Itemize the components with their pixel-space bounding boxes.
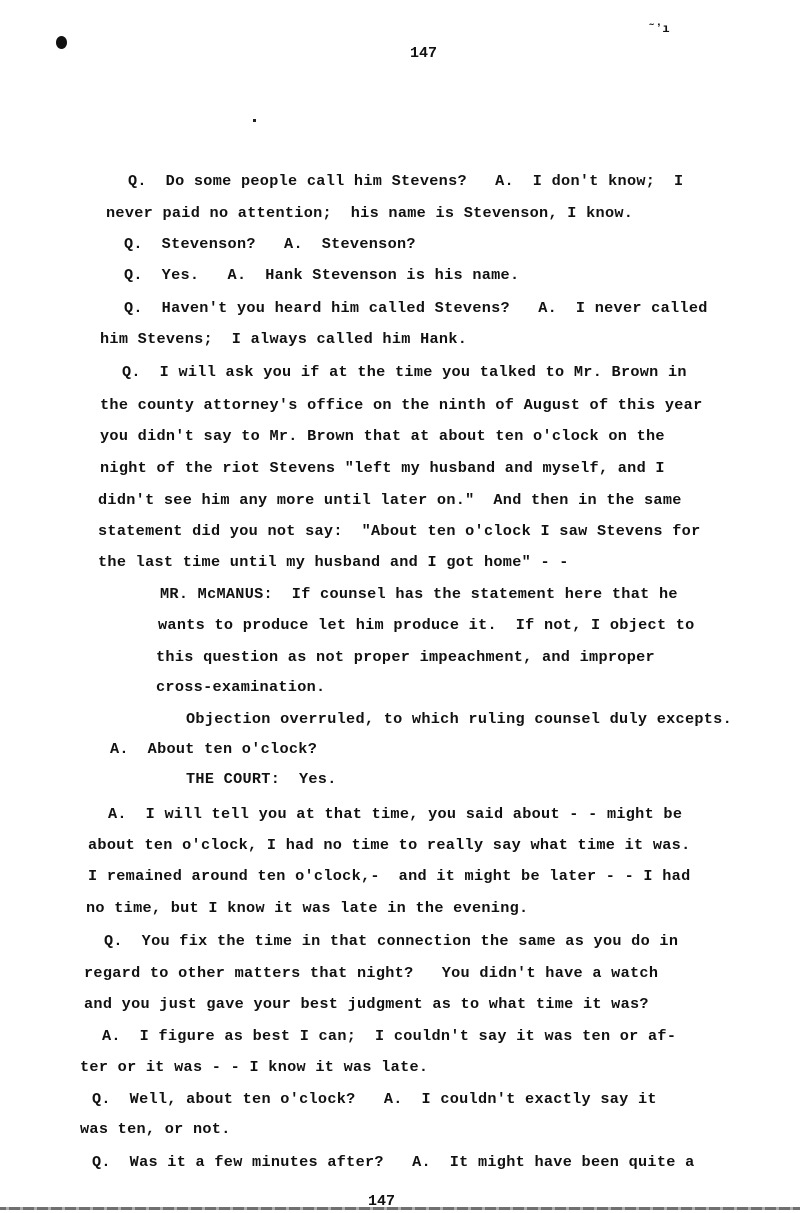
footer-rule [0,1207,800,1210]
transcript-line: about ten o'clock, I had no time to real… [88,836,691,854]
transcript-line: THE COURT: Yes. [186,770,337,788]
transcript-line: Q. Haven't you heard him called Stevens?… [124,299,708,317]
transcript-line: I remained around ten o'clock,- and it m… [88,867,691,885]
transcript-line: you didn't say to Mr. Brown that at abou… [100,427,665,445]
corner-handwritten-mark: ˜ʼı [648,22,670,36]
transcript-line: Q. Was it a few minutes after? A. It mig… [92,1153,695,1171]
transcript-line: no time, but I know it was late in the e… [86,899,528,917]
transcript-line: never paid no attention; his name is Ste… [106,204,633,222]
transcript-line: ter or it was - - I know it was late. [80,1058,428,1076]
transcript-line: wants to produce let him produce it. If … [158,616,695,634]
transcript-line: and you just gave your best judgment as … [84,995,649,1013]
transcript-line: statement did you not say: "About ten o'… [98,522,701,540]
scan-speck [253,119,256,122]
transcript-line: Q. Stevenson? A. Stevenson? [124,235,416,253]
transcript-line: A. I will tell you at that time, you sai… [108,805,682,823]
transcript-line: the county attorney's office on the nint… [100,396,703,414]
transcript-line: cross-examination. [156,678,325,696]
transcript-line: regard to other matters that night? You … [84,964,658,982]
punch-hole-mark [56,36,67,49]
transcript-line: A. About ten o'clock? [110,740,317,758]
transcript-page: ˜ʼı 147 Q. Do some people call him Steve… [0,0,800,1213]
transcript-line: A. I figure as best I can; I couldn't sa… [102,1027,676,1045]
transcript-line: him Stevens; I always called him Hank. [100,330,467,348]
transcript-line: Q. Yes. A. Hank Stevenson is his name. [124,266,519,284]
transcript-line: this question as not proper impeachment,… [156,648,655,666]
transcript-line: night of the riot Stevens "left my husba… [100,459,665,477]
transcript-line: MR. McMANUS: If counsel has the statemen… [160,585,678,603]
transcript-line: the last time until my husband and I got… [98,553,569,571]
transcript-line: Q. Do some people call him Stevens? A. I… [128,172,683,190]
transcript-line: Q. You fix the time in that connection t… [104,932,678,950]
page-number-top: 147 [410,45,437,62]
transcript-line: Objection overruled, to which ruling cou… [186,710,732,728]
transcript-line: Q. I will ask you if at the time you tal… [122,363,687,381]
transcript-line: didn't see him any more until later on."… [98,491,682,509]
transcript-line: Q. Well, about ten o'clock? A. I couldn'… [92,1090,657,1108]
transcript-line: was ten, or not. [80,1120,231,1138]
